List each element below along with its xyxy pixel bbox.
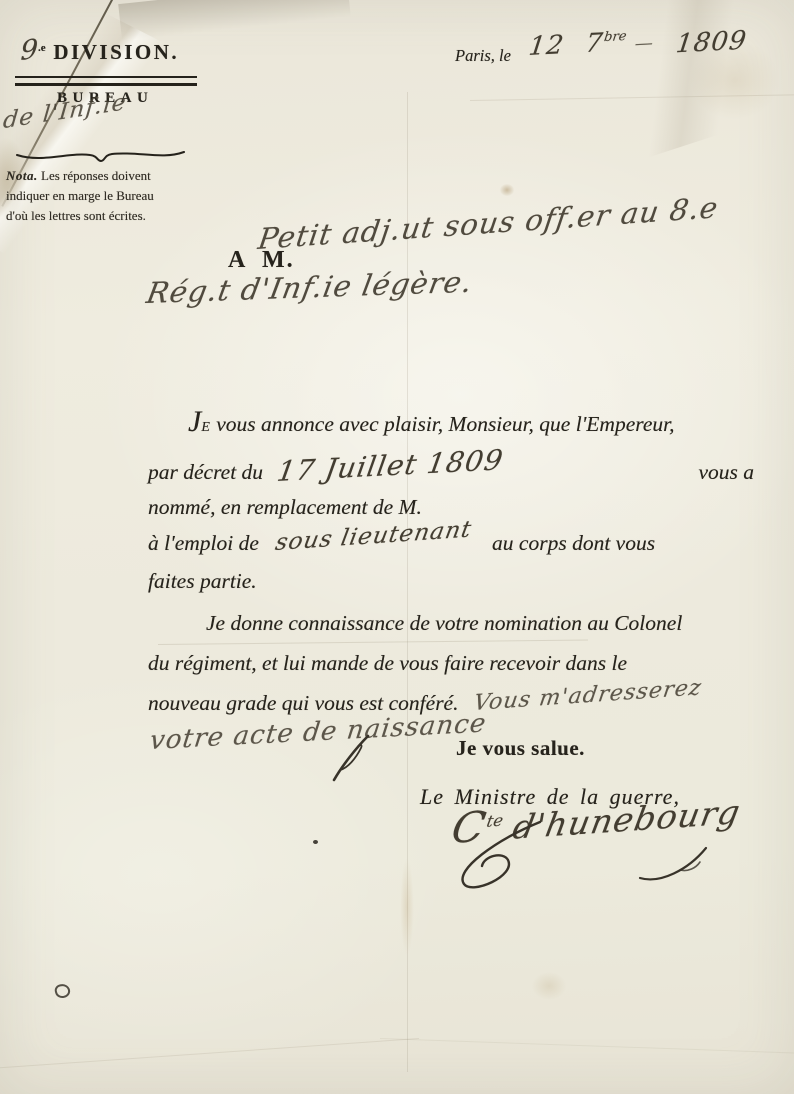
body-line-1: JE vous annonce avec plaisir, Monsieur, … (148, 412, 766, 438)
horizontal-crease-middle (158, 639, 588, 645)
date-day-handwritten: 12 (527, 30, 566, 62)
emploi-printed-text: à l'emploi de (148, 531, 259, 557)
dateline-handwritten: 12 7bre — 1809 (527, 21, 749, 62)
body-line-4: à l'emploi de sous lieutenant au corps d… (148, 530, 766, 558)
stain-streak-below-signature (398, 842, 416, 972)
ink-blot-bottom-left (53, 982, 71, 999)
paraph-flourish-icon (326, 730, 374, 784)
body-smallcap: E (201, 420, 211, 435)
body-line-5: faites partie. (148, 569, 766, 595)
addressee-handwritten-line-2: Rég.t d'Inf.ie légère. (144, 265, 476, 310)
decree-printed-text: par décret du (148, 460, 263, 486)
nota-line-2: indiquer en marge le Bureau (6, 186, 204, 206)
bottom-crease-left (0, 1038, 419, 1069)
division-number-handwritten: 9 (20, 33, 40, 67)
division-heading: .e DIVISION. (38, 40, 179, 65)
signature-flourish-icon (444, 818, 724, 902)
nota-lead: Nota. (6, 168, 38, 183)
bottom-crease-right (380, 1038, 794, 1054)
double-rule-divider (15, 76, 197, 86)
adresserez-handwritten: Vous m'adresserez (472, 675, 703, 717)
date-month-superscript: bre (603, 29, 627, 45)
body-line-6: Je donne connaissance de votre nominatio… (148, 611, 766, 637)
body-drop-initial: J (188, 405, 201, 438)
division-ordinal-suffix: .e (38, 42, 46, 54)
letter-document-page: 9 .e DIVISION. BUREAU de l'Inf.ie Nota. … (0, 0, 794, 1094)
rank-handwritten: sous lieutenant (273, 517, 474, 558)
date-month-handwritten: 7 (584, 28, 605, 59)
date-year-handwritten: 1809 (674, 26, 748, 60)
body-line-2: par décret du 17 Juillet 1809 vous a (148, 453, 766, 487)
stain-spot-center-top (500, 184, 514, 196)
addressee-handwritten-line-1: Petit adj.ut sous off.er au 8.e (256, 190, 721, 256)
nota-note: Nota. Les réponses doivent indiquer en m… (6, 166, 204, 225)
decree-tail-text: vous a (698, 460, 754, 486)
ink-dot-left-of-signature (313, 840, 318, 844)
nota-line-3: d'où les lettres sont écrites. (6, 206, 204, 226)
dateline-place-label: Paris, le (455, 46, 511, 66)
brace-flourish-icon (14, 146, 188, 168)
body-line-7: du régiment, et lui mande de vous faire … (148, 651, 766, 677)
closing-salutation: Je vous salue. (456, 736, 585, 761)
division-label: DIVISION. (53, 40, 179, 64)
nota-line-1: Nota. Les réponses doivent (6, 166, 204, 186)
decree-date-handwritten: 17 Juillet 1809 (275, 443, 506, 488)
stain-bottom-center (532, 972, 566, 1000)
date-separator-stroke: — (633, 33, 654, 55)
emploi-tail-text: au corps dont vous (492, 531, 655, 557)
